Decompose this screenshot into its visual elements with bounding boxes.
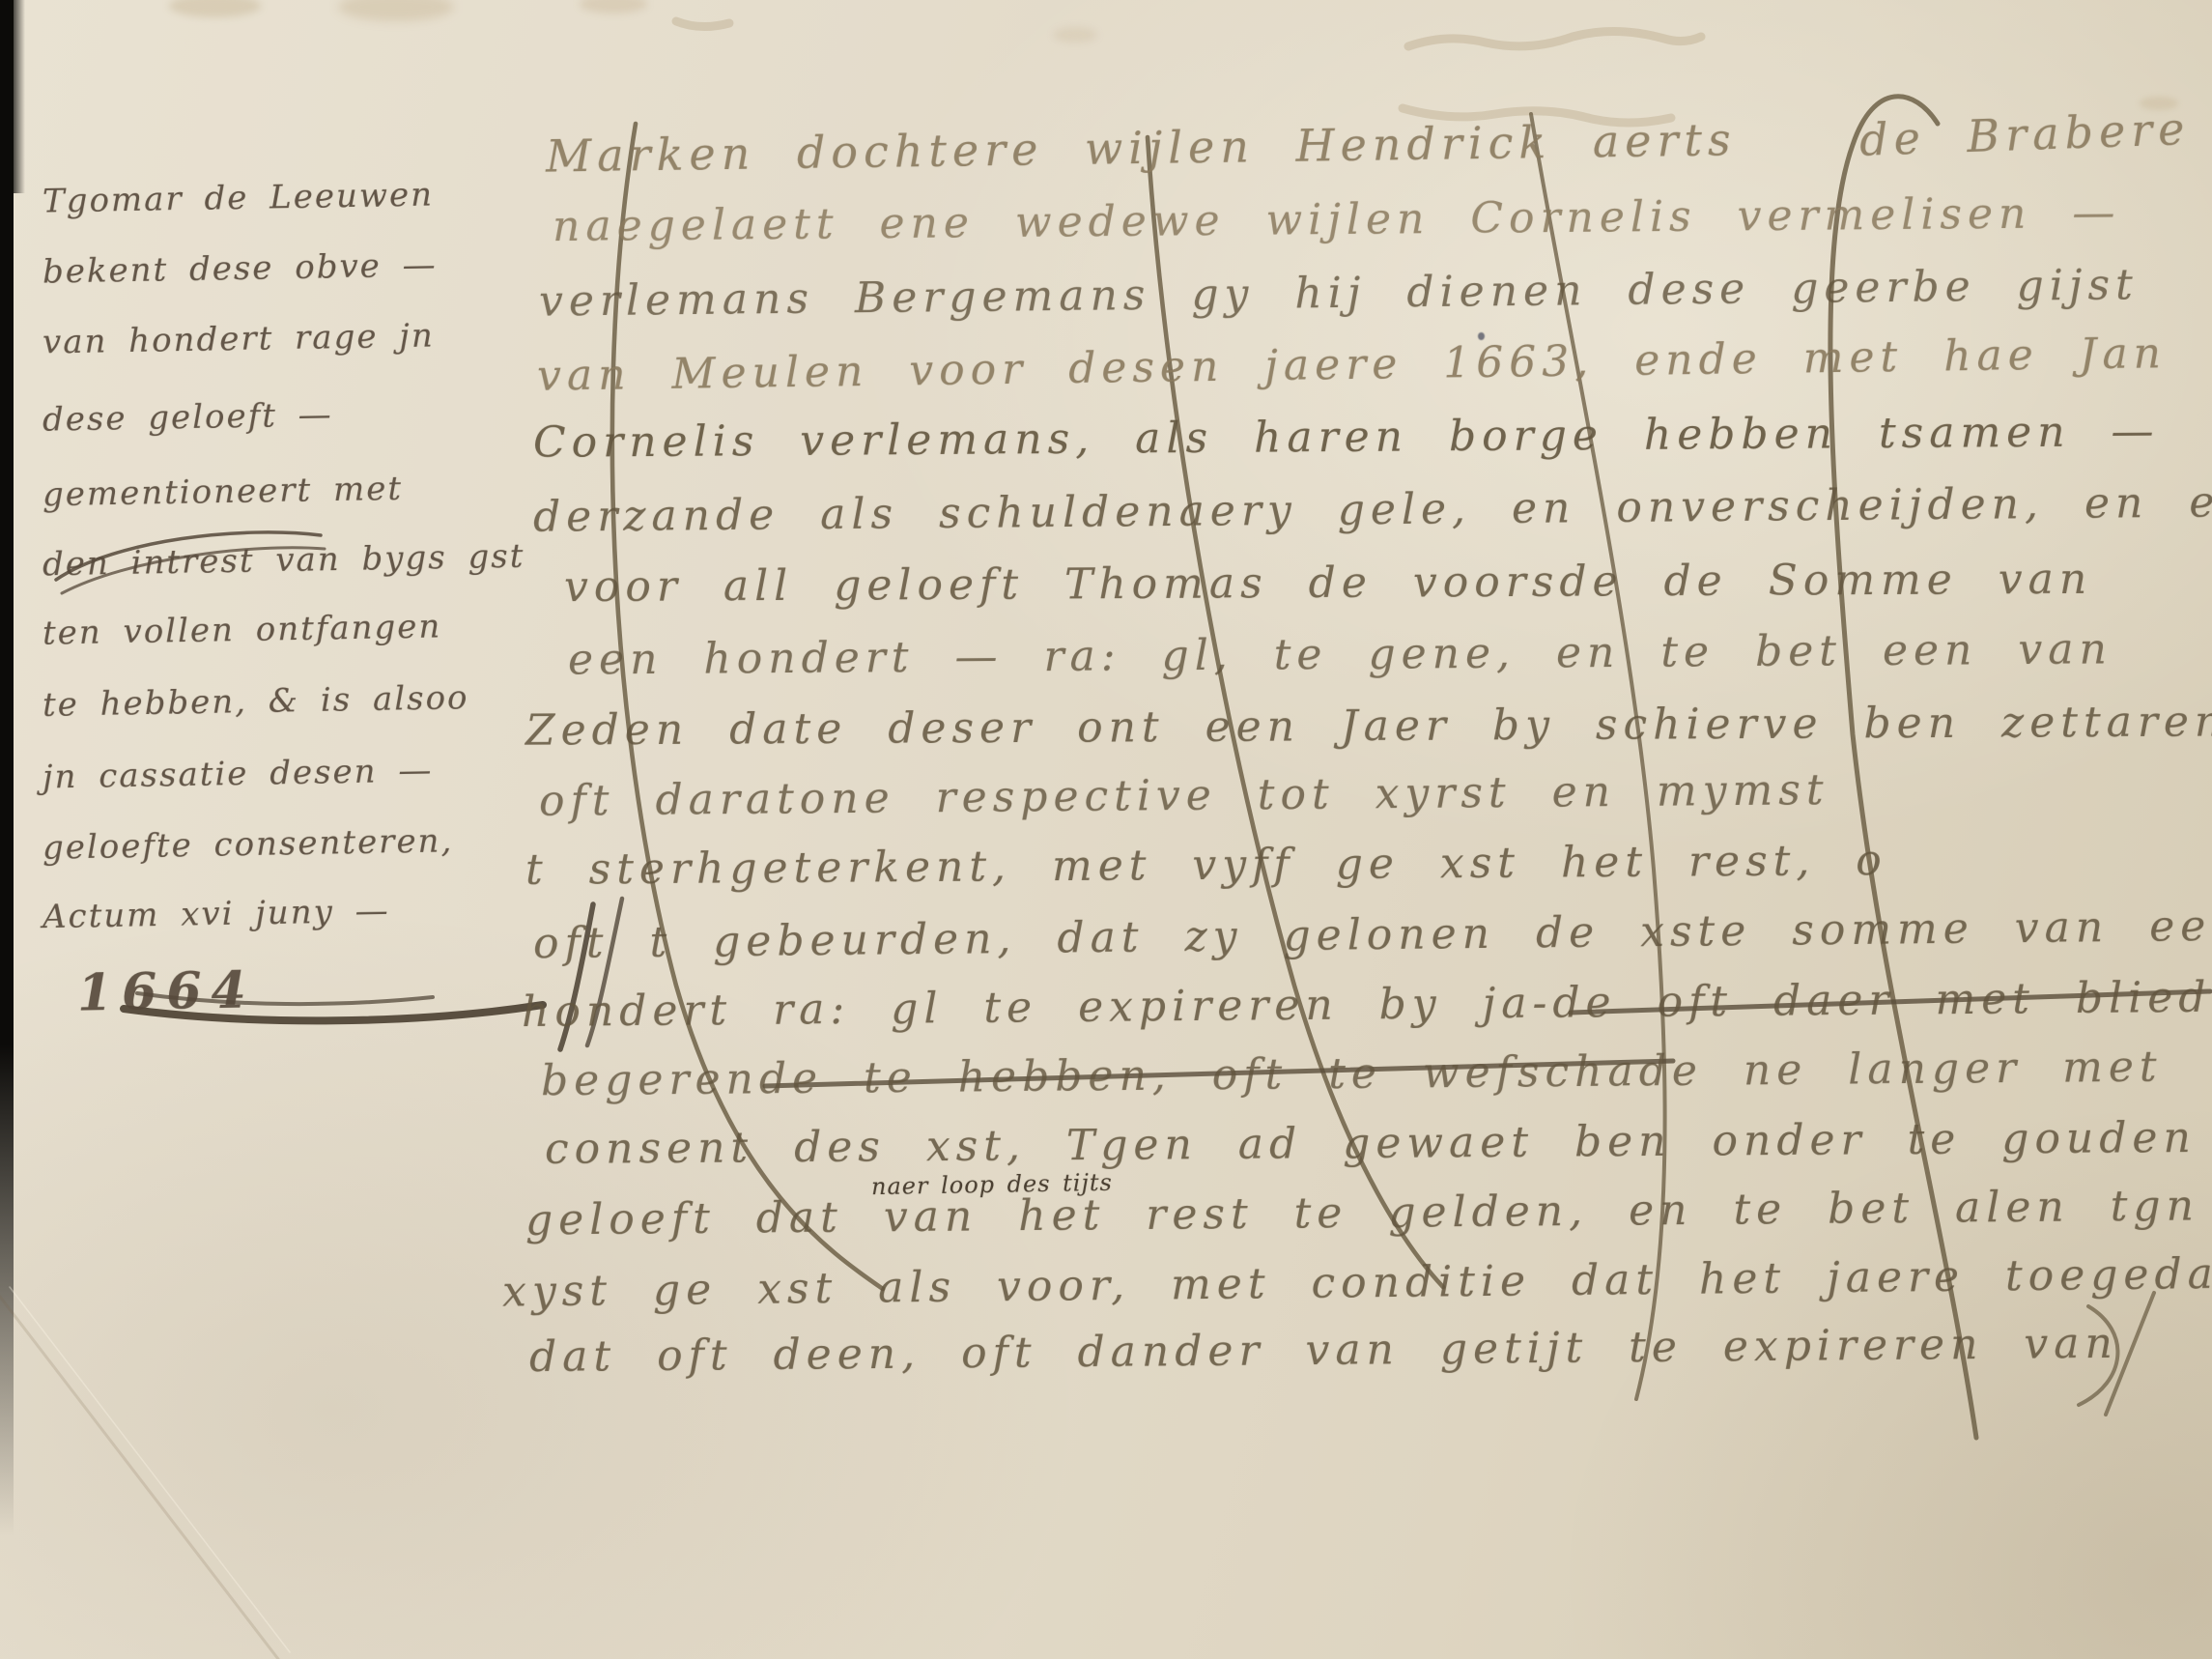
margin-line: Tgomar de Leeuwen	[43, 175, 435, 220]
margin-line: den intrest van bygs gst	[43, 537, 525, 585]
line-text: een hondert — ra: gl, te gene, en te bet…	[568, 624, 2113, 684]
margin-line: jn cassatie desen —	[43, 751, 434, 796]
margin-line: van hondert rage jn	[43, 316, 435, 361]
struck-text: begerende te hebben, oft te wefschade ne	[541, 1045, 1808, 1105]
manuscript-line: Zeden date deser ont een Jaer by schierv…	[525, 697, 2212, 755]
manuscript-line: hondert ra: gl te expireren by ja-de oft…	[522, 972, 2212, 1037]
struck-text: oft daer met	[1657, 974, 2035, 1026]
line-text: verlemans Bergemans gy hij dienen dese g…	[539, 260, 2139, 326]
line-text: Marken dochtere wijlen Hendrick aerts	[546, 113, 1737, 182]
margin-line: gementioneert met	[43, 470, 404, 515]
paper-stain	[169, 0, 261, 17]
manuscript-line: de Brabere	[1858, 102, 2191, 166]
line-text: oft t gebeurden, dat zy gelonen de xste …	[533, 901, 2212, 969]
interlinear-note: naer loop des tijts	[871, 1169, 1113, 1200]
manuscript-line: begerende te hebben, oft te wefschade ne…	[541, 1043, 2163, 1106]
line-text: t sterhgeterkent, met vyff ge xst het re…	[525, 836, 1887, 895]
line-text: bliedene	[2035, 972, 2212, 1023]
manuscript-line: oft daratone respective tot xyrst en mym…	[539, 765, 1829, 826]
manuscript-line: Cornelis verlemans, als haren borge hebb…	[533, 407, 2160, 468]
line-text: hondert ra: gl te expireren by ja-de	[522, 978, 1658, 1037]
line-text: Cornelis verlemans, als haren borge hebb…	[533, 407, 2160, 468]
margin-line: Actum xvi juny —	[43, 892, 390, 936]
manuscript-line: oft t gebeurden, dat zy gelonen de xste …	[533, 901, 2212, 969]
line-text: dat oft deen, oft dander van getijt te e…	[529, 1319, 2118, 1382]
margin-line: ten vollen ontfangen	[43, 607, 442, 652]
line-text: consent des xst, Tgen ad gewaet ben onde…	[545, 1113, 2197, 1174]
margin-line: te hebben, & is alsoo	[43, 678, 469, 725]
paper-stain	[580, 0, 647, 14]
manuscript-line: consent des xst, Tgen ad gewaet ben onde…	[545, 1113, 2197, 1174]
manuscript-line: een hondert — ra: gl, te gene, en te bet…	[568, 624, 2113, 684]
paper-stain	[1053, 27, 1097, 43]
line-text: voor all geloeft Thomas de voorsde de So…	[564, 555, 2092, 612]
manuscript-line: xyst ge xst als voor, met conditie dat h…	[502, 1248, 2212, 1316]
line-text: xyst ge xst als voor, met conditie dat h…	[502, 1248, 2212, 1316]
scan-edge-corner	[0, 0, 25, 193]
line-text: geloeft dat van het rest te gelden, en t…	[525, 1181, 2199, 1244]
manuscript-line: t sterhgeterkent, met vyff ge xst het re…	[525, 836, 1887, 895]
margin-line: bekent dese obve —	[43, 245, 438, 291]
manuscript-line: derzande als schuldenaery gele, en onver…	[533, 477, 2212, 542]
paper-stain	[338, 0, 454, 21]
manuscript-line: geloeft dat van het rest te gelden, en t…	[525, 1181, 2199, 1244]
manuscript-line: Marken dochtere wijlen Hendrick aerts	[546, 113, 1737, 182]
manuscript-line: voor all geloeft Thomas de voorsde de So…	[564, 555, 2092, 612]
line-text: langer met	[1807, 1043, 2163, 1095]
line-text: de Brabere	[1858, 102, 2191, 166]
line-text: van Meulen voor desen jaere 1663, ende m…	[537, 329, 2168, 401]
margin-line: dese geloeft —	[43, 395, 333, 439]
manuscript-line: dat oft deen, oft dander van getijt te e…	[529, 1319, 2118, 1382]
margin-line: geloefte consenteren,	[43, 821, 454, 867]
scan-edge-strip	[0, 0, 14, 1536]
manuscript-line: van Meulen voor desen jaere 1663, ende m…	[537, 329, 2168, 401]
manuscript-line: verlemans Bergemans gy hij dienen dese g…	[539, 260, 2139, 326]
line-text: naegelaett ene wedewe wijlen Cornelis ve…	[553, 188, 2121, 251]
line-text: Zeden date deser ont een Jaer by schierv…	[525, 697, 2212, 755]
line-text: oft daratone respective tot xyrst en mym…	[539, 765, 1829, 826]
manuscript-page: Tgomar de Leeuwenbekent dese obve —van h…	[0, 0, 2212, 1659]
manuscript-line: naegelaett ene wedewe wijlen Cornelis ve…	[553, 188, 2121, 251]
line-text: derzande als schuldenaery gele, en onver…	[533, 477, 2212, 542]
margin-date-year: 1664	[76, 960, 256, 1022]
